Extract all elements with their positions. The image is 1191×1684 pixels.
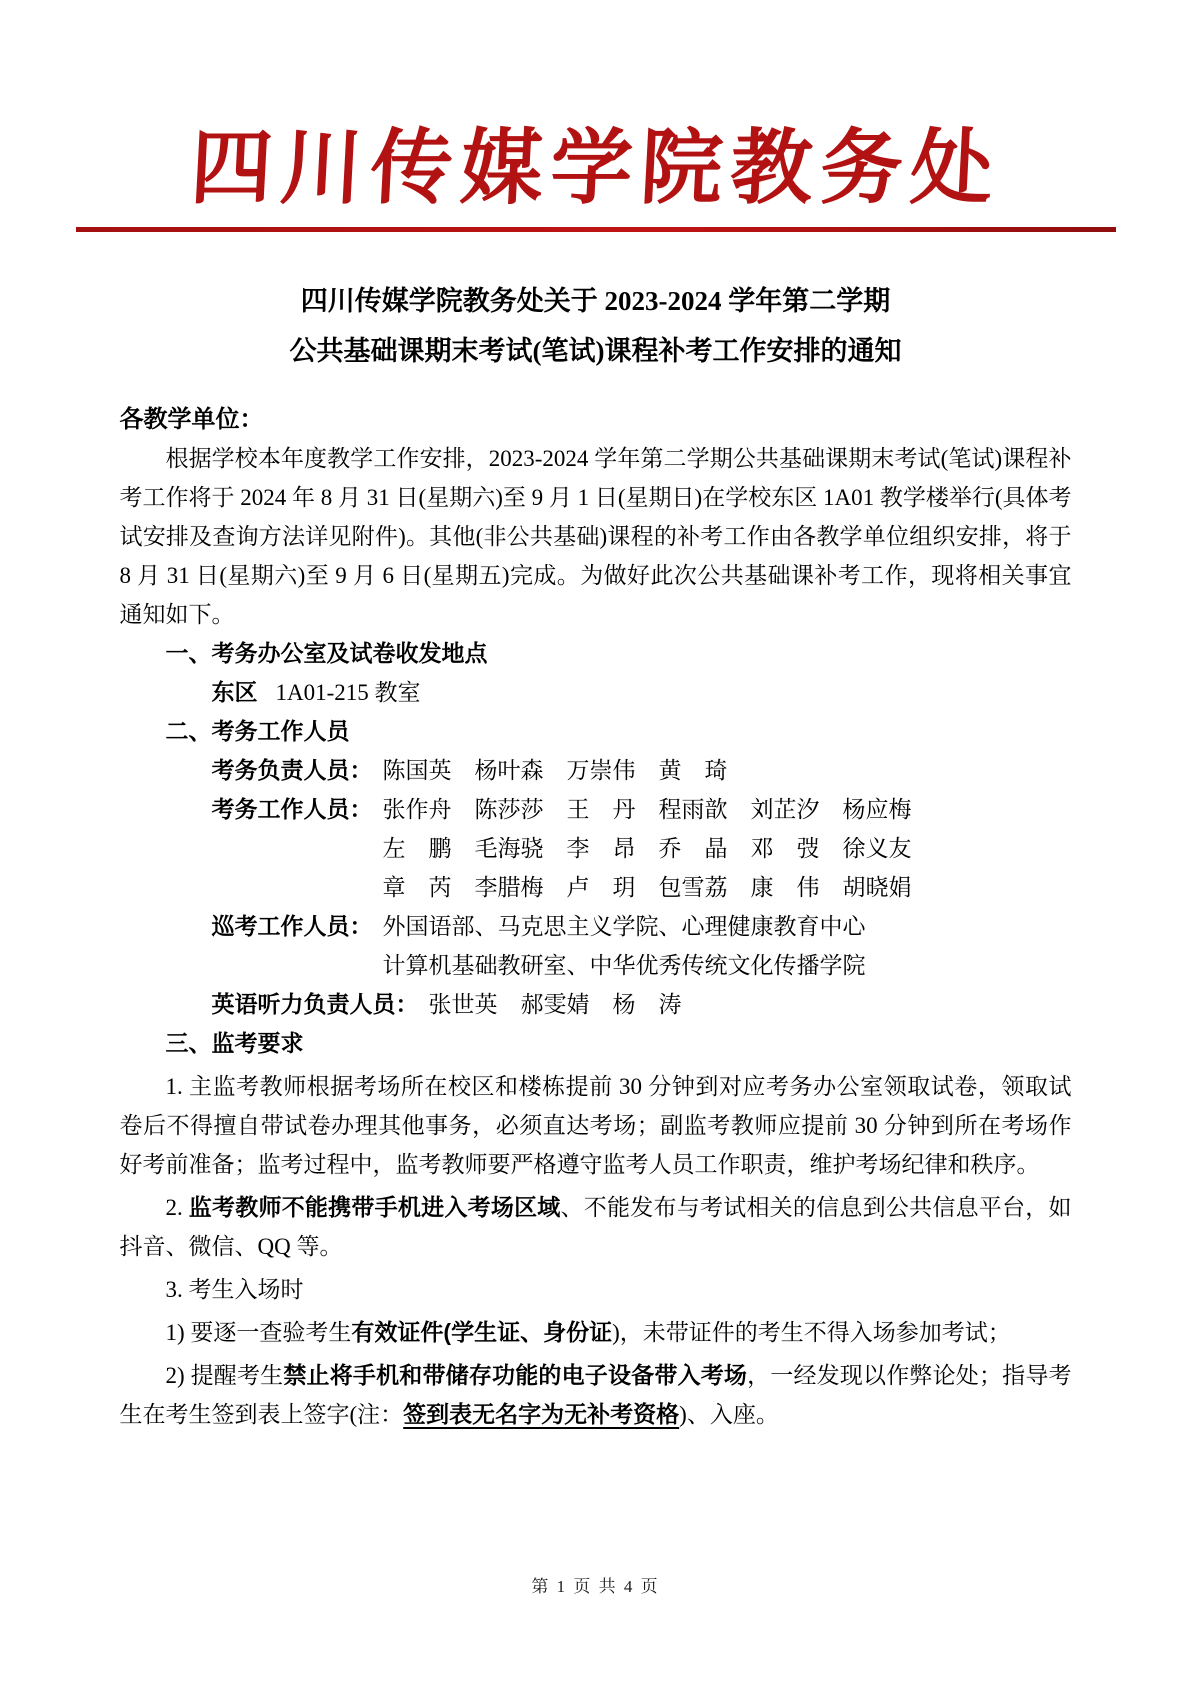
name-line: 外国语部、马克思主义学院、心理健康教育中心 [383,907,866,946]
role-label: 英语听力负责人员： [212,985,419,1024]
name-line: 张世英 郝雯婧 杨 涛 [429,985,682,1024]
role-patrol-staff: 巡考工作人员： 外国语部、马克思主义学院、心理健康教育中心 计算机基础教研室、中… [212,907,1072,985]
title-line-1: 四川传媒学院教务处关于 2023-2024 学年第二学期 [0,276,1191,326]
letterhead-rule [76,227,1116,232]
name-line: 左 鹏 毛海骁 李 昂 乔 晶 邓 弢 徐义友 [383,829,912,868]
requirement-1: 1. 主监考教师根据考场所在校区和楼栋提前 30 分钟到对应考务办公室领取试卷，… [120,1067,1072,1184]
exam-office-location: 东区1A01-215 教室 [212,673,1072,712]
requirement-2: 2. 监考教师不能携带手机进入考场区域、不能发布与考试相关的信息到公共信息平台，… [120,1188,1072,1266]
name-line: 陈国英 杨叶森 万崇伟 黄 琦 [383,751,728,790]
role-english-listening: 英语听力负责人员： 张世英 郝雯婧 杨 涛 [212,985,1072,1024]
name-line: 章 芮 李腊梅 卢 玥 包雪荔 康 伟 胡晓娟 [383,868,912,907]
role-label: 巡考工作人员： [212,907,373,985]
title-line-2: 公共基础课期末考试(笔试)课程补考工作安排的通知 [0,326,1191,376]
requirement-2-emphasis: 监考教师不能携带手机进入考场区域 [189,1194,561,1220]
requirement-3: 3. 考生入场时 [120,1270,1072,1309]
requirement-3-sub-2: 2) 提醒考生禁止将手机和带储存功能的电子设备带入考场，一经发现以作弊论处；指导… [120,1356,1072,1434]
sub2-rest: )、入座。 [679,1402,779,1427]
sub1-rest: )，未带证件的考生不得入场参加考试； [612,1320,1011,1345]
notice-page: 四川传媒学院教务处 四川传媒学院教务处关于 2023-2024 学年第二学期 公… [0,0,1191,1684]
sub2-prefix: 2) 提醒考生 [166,1363,284,1388]
role-label: 考务负责人员： [212,751,373,790]
org-name: 四川传媒学院教务处 [0,118,1191,221]
document-body: 各教学单位： 根据学校本年度教学工作安排，2023-2024 学年第二学期公共基… [120,400,1072,1434]
salutation: 各教学单位： [120,400,1072,439]
notice-title: 四川传媒学院教务处关于 2023-2024 学年第二学期 公共基础课期末考试(笔… [0,276,1191,376]
role-exam-staff: 考务工作人员： 张作舟 陈莎莎 王 丹 程雨歆 刘芷汐 杨应梅 左 鹏 毛海骁 … [212,790,1072,907]
role-names: 陈国英 杨叶森 万崇伟 黄 琦 [383,751,728,790]
section3-heading: 三、监考要求 [166,1024,1072,1063]
sub1-prefix: 1) 要逐一查验考生 [166,1320,352,1345]
letterhead: 四川传媒学院教务处 [0,0,1191,232]
role-exam-leaders: 考务负责人员： 陈国英 杨叶森 万崇伟 黄 琦 [212,751,1072,790]
requirement-3-sub-1: 1) 要逐一查验考生有效证件(学生证、身份证)，未带证件的考生不得入场参加考试； [120,1313,1072,1352]
section1-heading: 一、考务办公室及试卷收发地点 [166,634,1072,673]
section2-heading: 二、考务工作人员 [166,712,1072,751]
role-names: 张作舟 陈莎莎 王 丹 程雨歆 刘芷汐 杨应梅 左 鹏 毛海骁 李 昂 乔 晶 … [383,790,912,907]
role-names: 张世英 郝雯婧 杨 涛 [429,985,682,1024]
page-number: 第 1 页 共 4 页 [0,1572,1191,1597]
name-line: 计算机基础教研室、中华优秀传统文化传播学院 [383,946,866,985]
intro-paragraph: 根据学校本年度教学工作安排，2023-2024 学年第二学期公共基础课期末考试(… [120,439,1072,634]
location-label: 东区 [212,679,258,705]
role-label: 考务工作人员： [212,790,373,907]
sub1-emphasis: 有效证件(学生证、身份证 [351,1319,612,1345]
requirement-2-prefix: 2. [166,1195,189,1220]
name-line: 张作舟 陈莎莎 王 丹 程雨歆 刘芷汐 杨应梅 [383,790,912,829]
sub2-emphasis-underlined: 签到表无名字为无补考资格 [403,1401,679,1427]
sub2-emphasis: 禁止将手机和带储存功能的电子设备带入考场 [283,1362,747,1388]
role-names: 外国语部、马克思主义学院、心理健康教育中心 计算机基础教研室、中华优秀传统文化传… [383,907,866,985]
location-value: 1A01-215 教室 [276,680,421,705]
